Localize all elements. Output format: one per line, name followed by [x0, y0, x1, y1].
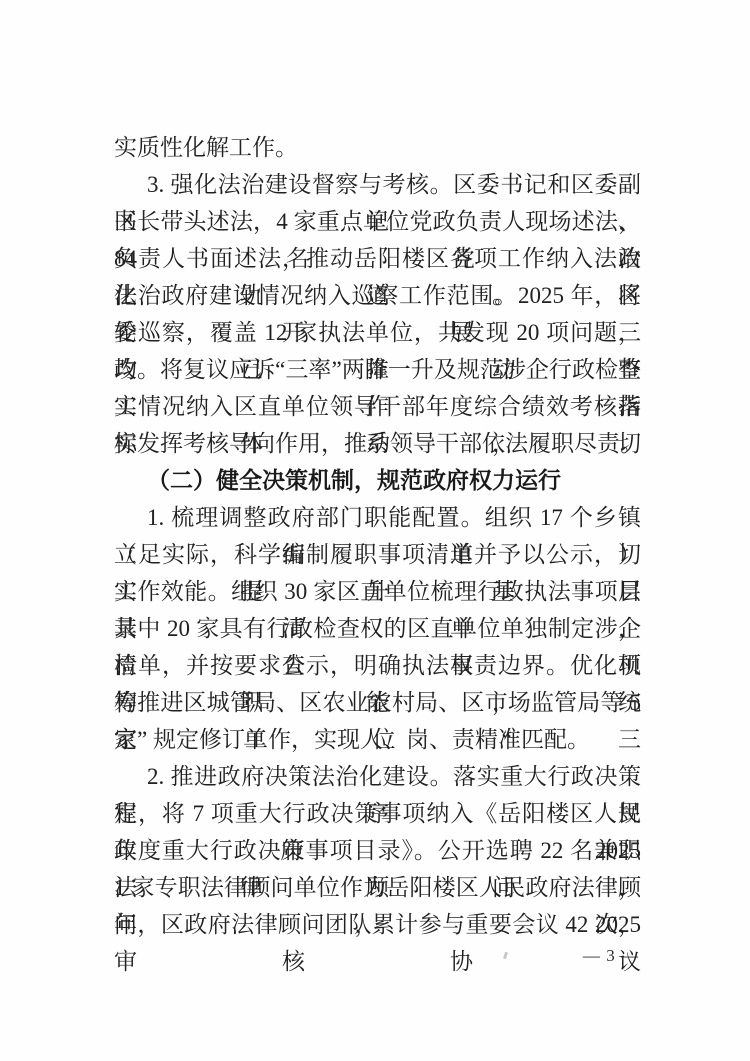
text-line: 区长带头述法，4 家重点单位党政负责人现场述法，84 名党政 — [114, 203, 641, 240]
page-number: — 3 — — [583, 945, 639, 967]
text-line: 清单，并按要求公示，明确执法权责边界。优化机构职能，统 — [114, 647, 641, 684]
document-body: 实质性化解工作。 3. 强化法治建设督察与考核。区委书记和区委副书记、 区长带头… — [114, 129, 641, 943]
text-line: 年度重大行政决策事项目录》。公开选聘 22 名兼职法律顾问， — [114, 832, 641, 869]
text-line: 定” 规定修订工作，实现人、岗、责精准匹配。 — [114, 721, 641, 758]
text-line: 2. 推进政府决策法治化建设。落实重大行政决策程序规 — [114, 758, 641, 795]
text-line: 实质性化解工作。 — [114, 129, 641, 166]
document-page: 实质性化解工作。 3. 强化法治建设督察与考核。区委书记和区委副书记、 区长带头… — [0, 0, 750, 1061]
text-line: 1 家专职法律顾问单位作为岳阳楼区人民政府法律顾问，2025 — [114, 869, 641, 906]
text-line: 筹推进区城管局、区农业农村局、区市场监管局等 5 家单位“三 — [114, 684, 641, 721]
text-line: 年，区政府法律顾问团队累计参与重要会议 42 次，审核协议 — [114, 906, 641, 943]
text-line: 其中 20 家具有行政检查权的区直单位单独制定涉企检查事项 — [114, 610, 641, 647]
text-line: 轮巡察，覆盖 12 家执法单位，共发现 20 项问题，均已推动整 — [114, 314, 641, 351]
text-line: 定，将 7 项重大行政决策事项纳入《岳阳楼区人民政府 2025 — [114, 795, 641, 832]
text-line: 负责人书面述法，推动岳阳楼区各项工作纳入法治化轨道。将 — [114, 240, 641, 277]
text-line: 法治政府建设情况纳入巡察工作范围。2025 年，区委开展三 — [114, 277, 641, 314]
text-line: 实发挥考核导向作用，推动领导干部依法履职尽责。 — [114, 425, 641, 462]
text-line: 实情况纳入区直单位领导干部年度综合绩效考核指标体系，切 — [114, 388, 641, 425]
text-line: 1. 梳理调整政府部门职能配置。组织 17 个乡镇（街道） — [114, 499, 641, 536]
text-line: 3. 强化法治建设督察与考核。区委书记和区委副书记、 — [114, 166, 641, 203]
text-line: 工作效能。组织 30 家区直单位梳理行政执法事项目录清单， — [114, 573, 641, 610]
text-line: 改。将复议应诉“三率”两降一升及规范涉企行政检查工作落 — [114, 351, 641, 388]
section-heading: （二）健全决策机制，规范政府权力运行 — [114, 462, 641, 499]
text-line: 立足实际，科学编制履职事项清单并予以公示，切实提升基层 — [114, 536, 641, 573]
